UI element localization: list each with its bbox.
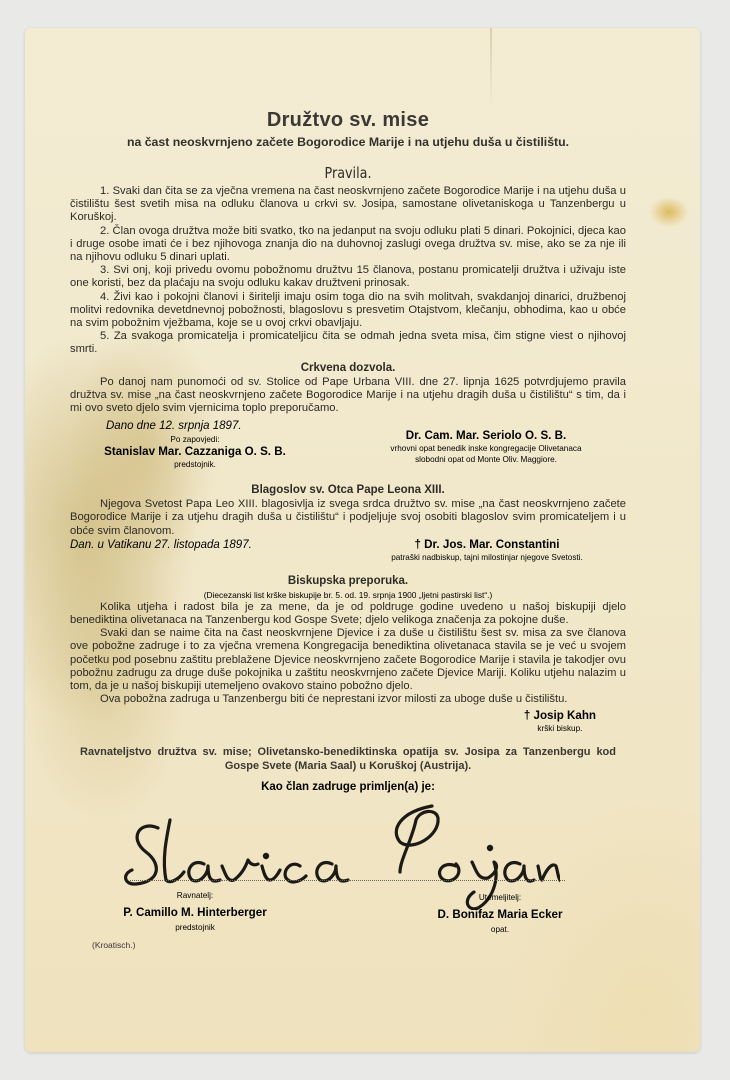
- rule-item: 5. Za svakoga promicatelja i promicatelj…: [70, 330, 626, 356]
- director-role: predstojnik: [70, 922, 320, 933]
- director-label: Ravnatelj:: [70, 890, 320, 901]
- bishop-recommendation-heading: Biskupska preporuka.: [70, 574, 626, 589]
- rule-item: 1. Svaki dan čita se za vječna vremena n…: [70, 185, 626, 225]
- director-block: Ravnatelj: P. Camillo M. Hinterberger pr…: [70, 890, 320, 933]
- rule-item: 4. Živi kao i pokojni članovi i širitelj…: [70, 291, 626, 331]
- founder-role: opat.: [370, 924, 630, 935]
- document-subtitle: na čast neoskvrnjeno začete Bogorodice M…: [70, 134, 626, 150]
- rules-list: 1. Svaki dan čita se za vječna vremena n…: [70, 185, 626, 357]
- membership-line: Kao član zadruge primljen(a) je:: [70, 781, 626, 793]
- bishop-paragraph: Svaki dan se naime čita na čast neoskvrn…: [70, 627, 626, 693]
- right-signatory-role-2: slobodni opat od Monte Oliv. Maggiore.: [346, 454, 626, 465]
- papal-blessing-text: Njegova Svetost Papa Leo XIII. blagosivl…: [70, 498, 626, 538]
- bishop-recommendation-source: (Diecezanski list krške biskupije br. 5.…: [70, 589, 626, 601]
- founder-block: Utemeljitelj: D. Bonifaz Maria Ecker opa…: [370, 892, 630, 935]
- directorate-address: Ravnateljstvo družtva sv. mise; Olivetan…: [70, 746, 626, 772]
- rules-heading: Pravila.: [112, 163, 585, 183]
- church-permission-signatures: Dano dne 12. srpnja 1897. Po zapovjedi: …: [70, 419, 626, 475]
- papal-blessing-signatures: Dan. u Vatikanu 27. listopada 1897. † Dr…: [70, 538, 626, 570]
- papal-signatory-role: patraški nadbiskup, tajni milostinjar nj…: [342, 552, 632, 563]
- papal-blessing-heading: Blagoslov sv. Otca Pape Leona XIII.: [70, 483, 626, 498]
- right-signatory-name: Dr. Cam. Mar. Seriolo O. S. B.: [346, 429, 626, 443]
- founder-name: D. Bonifaz Maria Ecker: [370, 908, 630, 922]
- left-signatory-name: Stanislav Mar. Cazzaniga O. S. B.: [70, 445, 320, 459]
- bishop-role: krški biskup.: [524, 723, 596, 734]
- papal-blessing-date: Dan. u Vatikanu 27. listopada 1897.: [70, 538, 320, 553]
- rule-item: 2. Član ovoga družtva može biti svatko, …: [70, 225, 626, 265]
- language-note: (Kroatisch.): [92, 940, 135, 950]
- papal-signatory-name: † Dr. Jos. Mar. Constantini: [342, 538, 632, 552]
- bishop-paragraph: Kolika utjeha i radost bila je za mene, …: [70, 601, 626, 627]
- document-title: Družtvo sv. mise: [70, 108, 626, 132]
- right-signatory-role-1: vrhovni opat benedik inske kongregacije …: [346, 443, 626, 454]
- founding-signatures: Ravnatelj: P. Camillo M. Hinterberger pr…: [70, 890, 626, 950]
- rule-item: 3. Svi onj, koji privedu ovomu pobožnomu…: [70, 264, 626, 290]
- bishop-name: † Josip Kahn: [524, 709, 596, 723]
- left-signatory-role: predstojnik.: [70, 459, 320, 470]
- church-permission-date: Dano dne 12. srpnja 1897.: [70, 419, 320, 434]
- document-body: Družtvo sv. mise na čast neoskvrnjeno za…: [70, 108, 626, 793]
- bishop-signatory: † Josip Kahn krški biskup.: [70, 709, 626, 736]
- bishop-paragraph: Ova pobožna zadruga u Tanzenbergu biti ć…: [70, 693, 626, 706]
- church-permission-heading: Crkvena dozvola.: [70, 361, 626, 376]
- paper-crease: [490, 28, 492, 108]
- left-signatory-prefix: Po zapovjedi:: [70, 434, 320, 445]
- founder-label: Utemeljitelj:: [370, 892, 630, 903]
- director-name: P. Camillo M. Hinterberger: [70, 906, 320, 920]
- church-permission-text: Po danoj nam punomoći od sv. Stolice od …: [70, 376, 626, 416]
- signature-line: [130, 880, 565, 881]
